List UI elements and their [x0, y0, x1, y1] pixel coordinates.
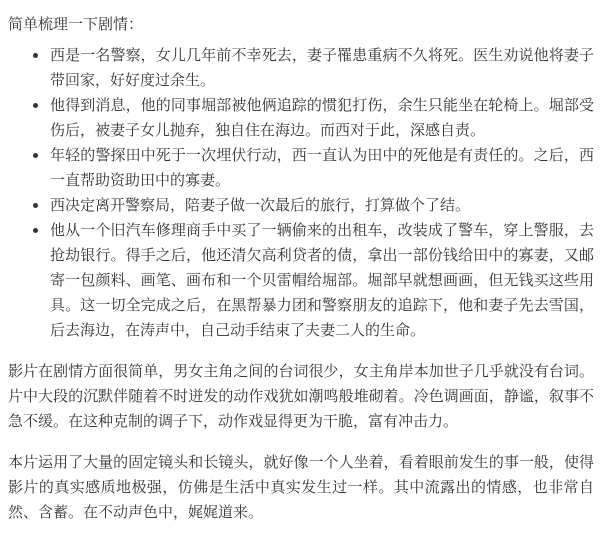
- plot-point-3: 年轻的警探田中死于一次埋伏行动，西一直认为田中的死他是有责任的。之后，西一直帮助…: [8, 143, 594, 193]
- plot-point-1: 西是一名警察，女儿几年前不幸死去，妻子罹患重病不久将死。医生劝说他将妻子带回家，…: [8, 43, 594, 93]
- document-page: 简单梳理一下剧情： 西是一名警察，女儿几年前不幸死去，妻子罹患重病不久将死。医生…: [0, 0, 602, 535]
- review-paragraph-cinematography: 本片运用了大量的固定镜头和长镜头，就好像一个人坐着，看着眼前发生的事一般，使得影…: [8, 450, 594, 525]
- plot-point-list: 西是一名警察，女儿几年前不幸死去，妻子罹患重病不久将死。医生劝说他将妻子带回家，…: [8, 43, 594, 343]
- review-paragraph-style: 影片在剧情方面很简单，男女主角之间的台词很少，女主角岸本加世子几乎就没有台词。片…: [8, 359, 594, 434]
- plot-point-5: 他从一个旧汽车修理商手中买了一辆偷来的出租车，改装成了警车，穿上警服，去抢劫银行…: [8, 218, 594, 343]
- plot-point-2: 他得到消息，他的同事堀部被他俩追踪的惯犯打伤，余生只能坐在轮椅上。堀部受伤后，被…: [8, 93, 594, 143]
- plot-point-4: 西决定离开警察局，陪妻子做一次最后的旅行，打算做个了结。: [8, 193, 594, 218]
- plot-summary-heading: 简单梳理一下剧情：: [8, 12, 594, 37]
